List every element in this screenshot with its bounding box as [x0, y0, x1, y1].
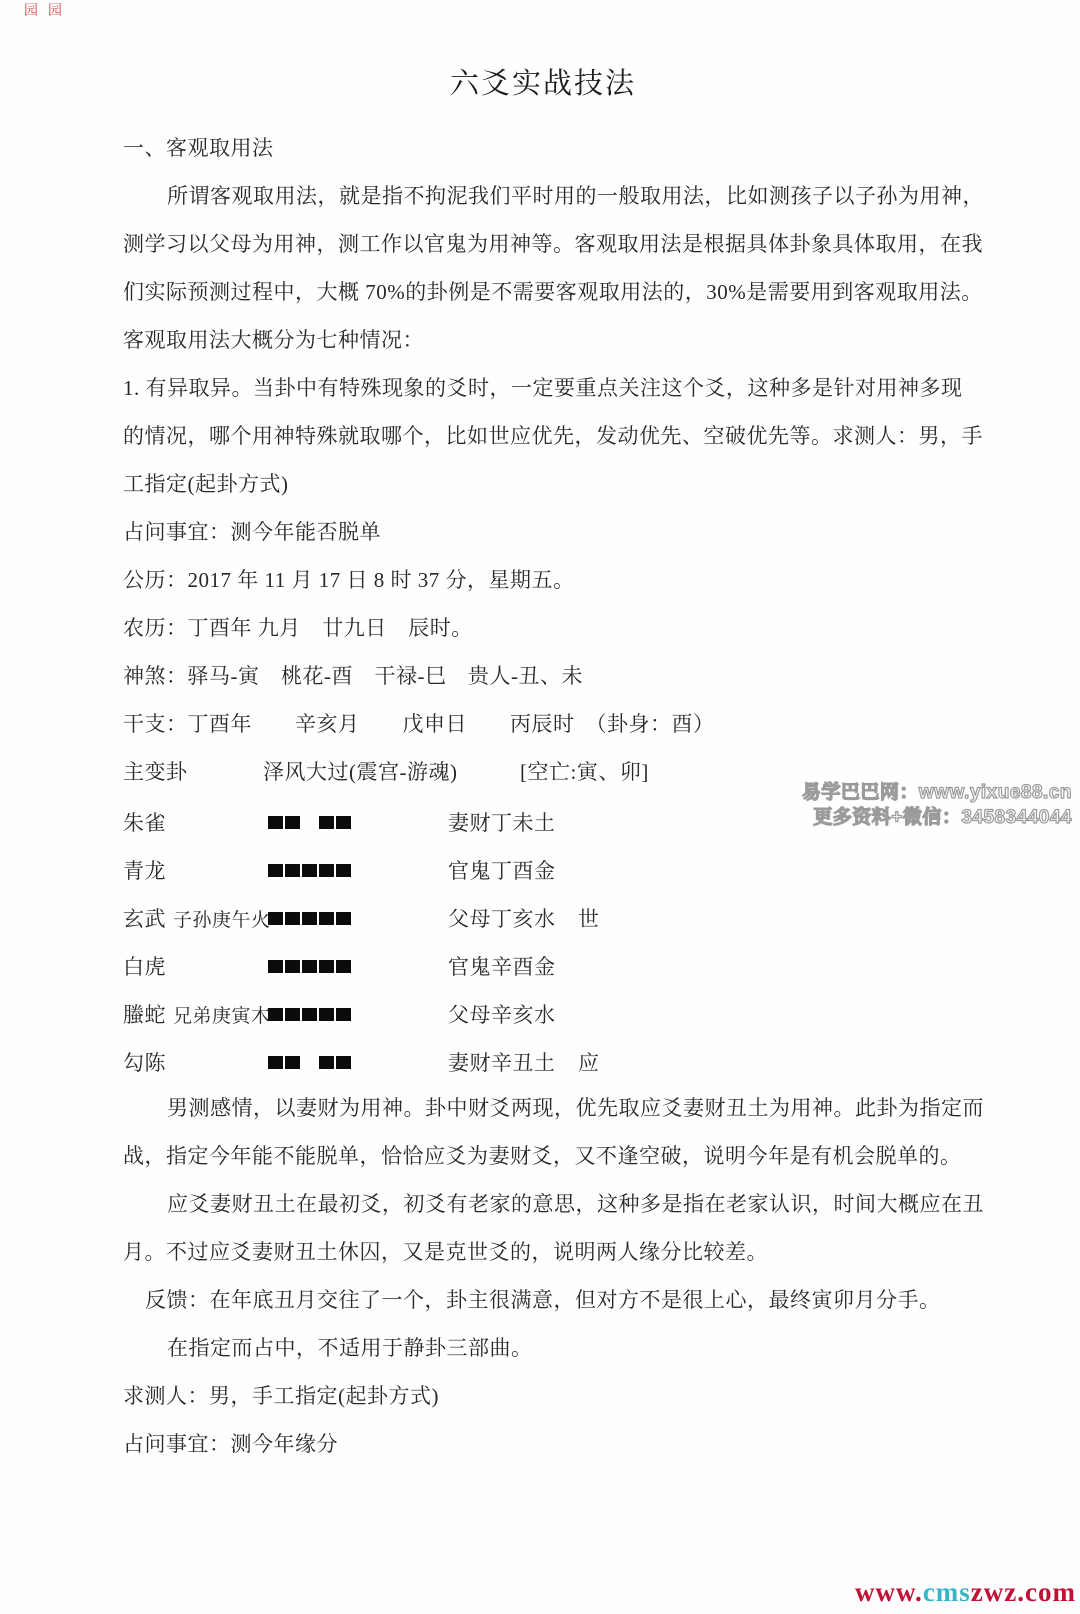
red-stamp-icon: 园园 — [24, 4, 72, 20]
watermark-line-2: 更多资料+微信：3458344044 — [802, 805, 1072, 830]
section-heading: 一、客观取用法 — [123, 124, 963, 172]
yao-text-label: 妻财辛丑土 — [448, 1047, 578, 1077]
hexagram-row: 青龙 官鬼丁酉金 — [123, 846, 963, 894]
yao-line-glyph — [268, 960, 448, 973]
ganzhi-line: 干支：丁酉年 辛亥月 戊申日 丙辰时 （卦身：酉） — [123, 700, 963, 748]
analysis-section: 男测感情，以妻财为用神。卦中财爻两现，优先取应爻妻财丑土为用神。此卦为指定而 战… — [123, 1084, 963, 1468]
lunar-date: 农历：丁酉年 九月 廿九日 辰时。 — [123, 604, 963, 652]
feedback-line: 反馈：在年底丑月交往了一个，卦主很满意，但对方不是很上心，最终寅卯月分手。 — [123, 1276, 963, 1324]
analysis-line: 男测感情，以妻财为用神。卦中财爻两现，优先取应爻妻财丑土为用神。此卦为指定而 — [123, 1084, 963, 1132]
watermark-line-1: 易学巴巴网：www.yixue88.cn — [802, 780, 1072, 805]
analysis-line: 应爻妻财丑土在最初爻，初爻有老家的意思，这种多是指在老家认识，时间大概应在丑 — [123, 1180, 963, 1228]
shi-ying-marker: 应 — [578, 1047, 963, 1077]
solar-date: 公历：2017 年 11 月 17 日 8 时 37 分，星期五。 — [123, 556, 963, 604]
hexagram-chart: 朱雀 妻财丁未土 青龙 官鬼丁酉金 玄武 子孙庚午火 父母丁亥水 世 — [123, 798, 963, 1086]
yao-text-label: 父母辛亥水 — [448, 999, 578, 1029]
hidden-spirit-label: 子孙庚午火 — [173, 905, 268, 932]
hexagram-row: 玄武 子孙庚午火 父母丁亥水 世 — [123, 894, 963, 942]
yao-line-glyph — [268, 1056, 448, 1069]
site-watermark: 易学巴巴网：www.yixue88.cn 更多资料+微信：3458344044 — [802, 780, 1072, 830]
shensha-line: 神煞：驿马-寅 桃花-酉 干禄-巳 贵人-丑、未 — [123, 652, 963, 700]
six-spirit-label: 青龙 — [123, 855, 173, 885]
yao-text-label: 妻财丁未土 — [448, 807, 578, 837]
yao-text-label: 官鬼丁酉金 — [448, 855, 578, 885]
document-page: 园园 六爻实战技法 一、客观取用法 所谓客观取用法，就是指不拘泥我们平时用的一般… — [0, 0, 1080, 1614]
document-content: 六爻实战技法 一、客观取用法 所谓客观取用法，就是指不拘泥我们平时用的一般取用法… — [123, 0, 963, 1468]
url-suffix: zwz.com — [971, 1577, 1076, 1607]
divination-topic: 占问事宜：测今年能否脱单 — [123, 508, 963, 556]
paragraph-line: 所谓客观取用法，就是指不拘泥我们平时用的一般取用法，比如测孩子以子孙为用神， — [123, 172, 963, 220]
paragraph-line: 们实际预测过程中，大概 70%的卦例是不需要客观取用法的，30%是需要用到客观取… — [123, 268, 963, 316]
six-spirit-label: 白虎 — [123, 951, 173, 981]
hexagram-name: 泽风大过(震宫-游魂) — [263, 748, 520, 796]
kongwang-label: [空亡:寅、卯] — [520, 748, 649, 796]
six-spirit-label: 玄武 — [123, 903, 173, 933]
shi-ying-marker: 世 — [578, 903, 963, 933]
footer-site-url: www.cmszwz.com — [855, 1577, 1076, 1608]
list-item-line: 的情况，哪个用神特殊就取哪个，比如世应优先，发动优先、空破优先等。求测人：男，手 — [123, 412, 963, 460]
paragraph-line: 测学习以父母为用神，测工作以官鬼为用神等。客观取用法是根据具体卦象具体取用，在我 — [123, 220, 963, 268]
seeker-line: 求测人：男，手工指定(起卦方式) — [123, 1372, 963, 1420]
six-spirit-label: 螣蛇 — [123, 999, 173, 1029]
yao-line-glyph — [268, 864, 448, 877]
yao-line-glyph — [268, 1008, 448, 1021]
yao-text-label: 父母丁亥水 — [448, 903, 578, 933]
hexagram-header-label: 主变卦 — [123, 748, 263, 796]
analysis-line: 在指定而占中，不适用于静卦三部曲。 — [123, 1324, 963, 1372]
six-spirit-label: 朱雀 — [123, 807, 173, 837]
url-mid: cms — [923, 1577, 971, 1607]
yao-line-glyph — [268, 816, 448, 829]
list-item-line: 1. 有异取异。当卦中有特殊现象的爻时，一定要重点关注这个爻，这种多是针对用神多… — [123, 364, 963, 412]
divination-topic-2: 占问事宜：测今年缘分 — [123, 1420, 963, 1468]
hexagram-row: 白虎 官鬼辛酉金 — [123, 942, 963, 990]
paragraph-line: 客观取用法大概分为七种情况： — [123, 316, 963, 364]
yao-line-glyph — [268, 912, 448, 925]
yao-text-label: 官鬼辛酉金 — [448, 951, 578, 981]
analysis-line: 月。不过应爻妻财丑土休囚，又是克世爻的，说明两人缘分比较差。 — [123, 1228, 963, 1276]
url-prefix: www. — [855, 1577, 923, 1607]
list-item-line: 工指定(起卦方式) — [123, 460, 963, 508]
six-spirit-label: 勾陈 — [123, 1047, 173, 1077]
analysis-line: 战，指定今年能不能脱单，恰恰应爻为妻财爻，又不逢空破，说明今年是有机会脱单的。 — [123, 1132, 963, 1180]
page-title: 六爻实战技法 — [123, 62, 963, 106]
hexagram-row: 螣蛇 兄弟庚寅木 父母辛亥水 — [123, 990, 963, 1038]
hexagram-row: 勾陈 妻财辛丑土 应 — [123, 1038, 963, 1086]
hidden-spirit-label: 兄弟庚寅木 — [173, 1001, 268, 1028]
